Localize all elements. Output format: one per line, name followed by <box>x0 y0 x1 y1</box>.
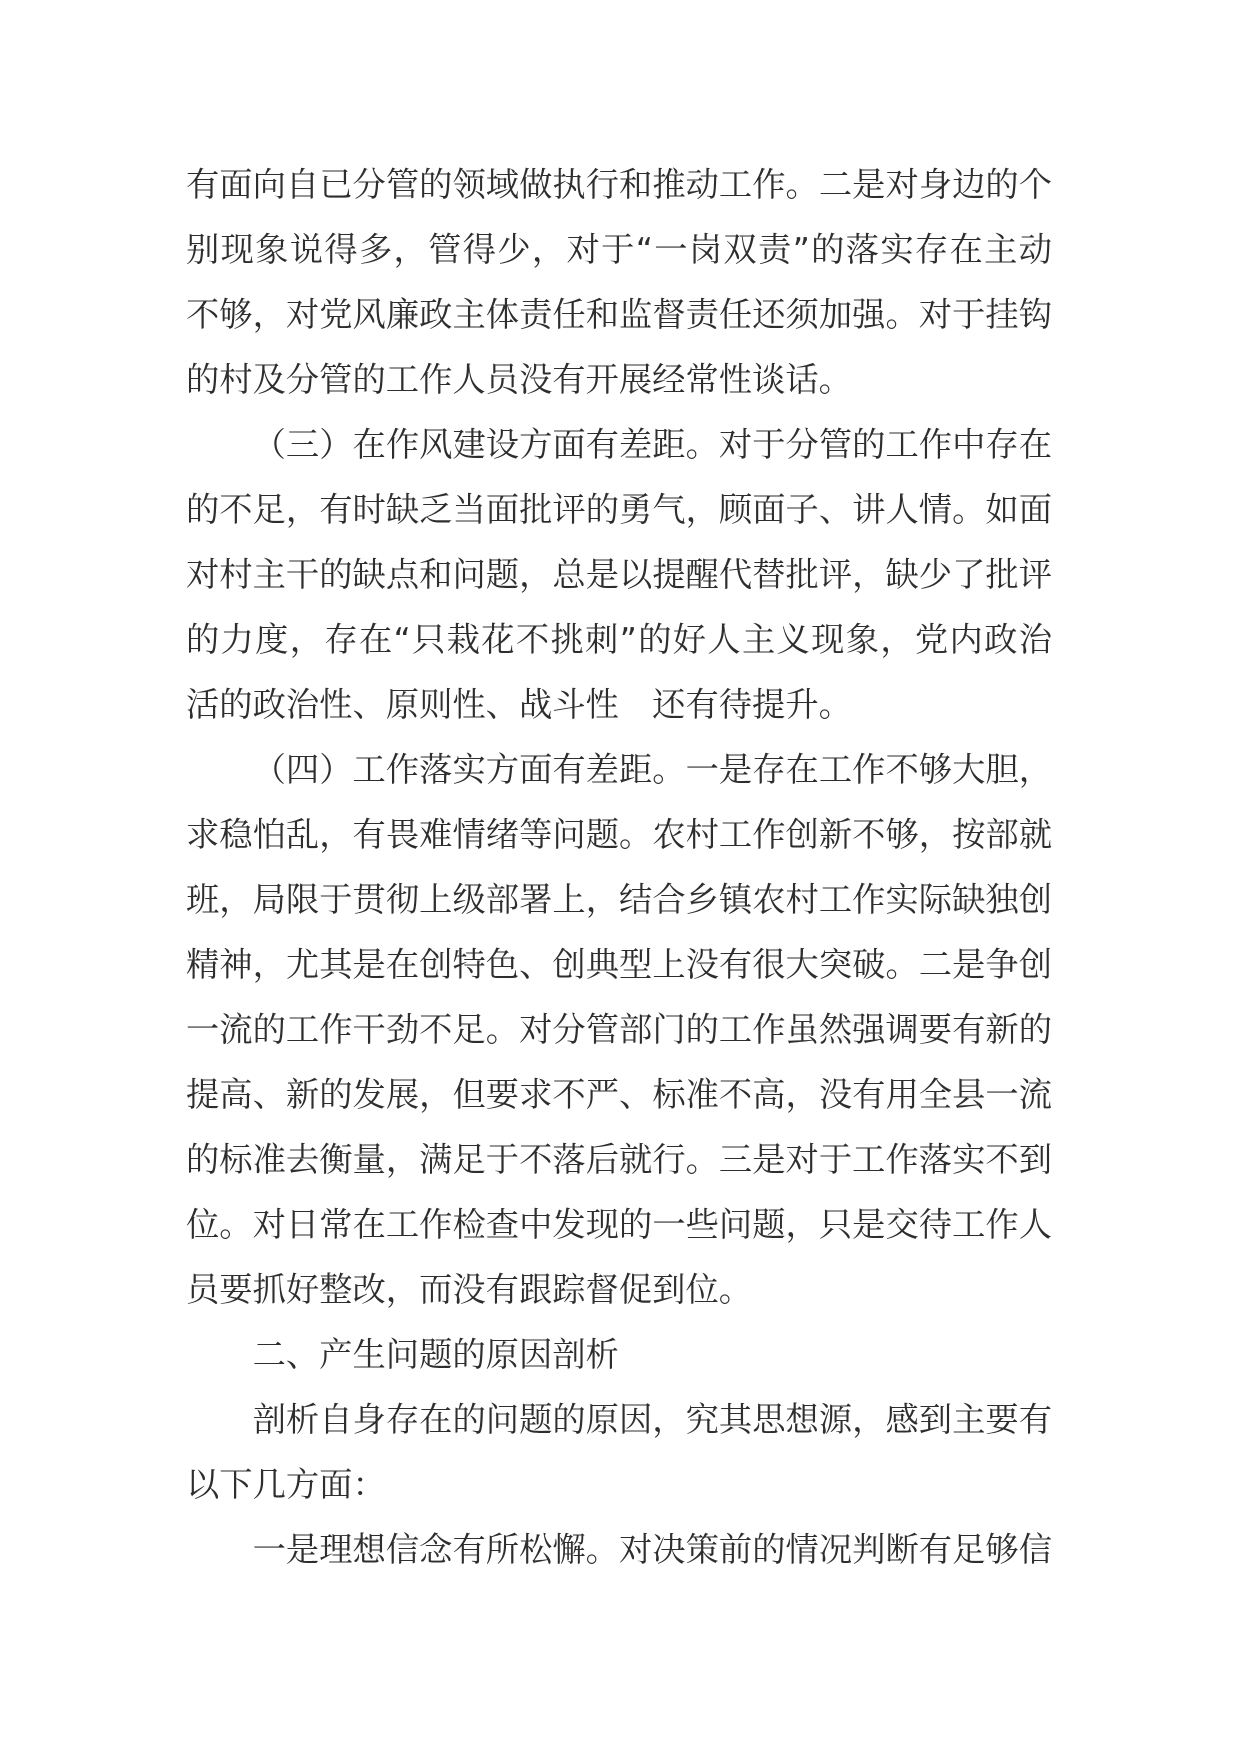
text-line: 二、产生问题的原因剖析 <box>186 1322 1052 1387</box>
text-line: 的不足，有时缺乏当面批评的勇气，顾面子、讲人情。如面 <box>186 477 1052 542</box>
text-line: 有面向自已分管的领域做执行和推动工作。二是对身边的个 <box>186 152 1052 217</box>
text-line: 班，局限于贯彻上级部署上，结合乡镇农村工作实际缺独创 <box>186 867 1052 932</box>
paragraph-cause-1: 一是理想信念有所松懈。对决策前的情况判断有足够信 <box>186 1517 1052 1582</box>
text-line: 提高、新的发展，但要求不严、标准不高，没有用全县一流 <box>186 1062 1052 1127</box>
paragraph-continued-from-previous-page: 有面向自已分管的领域做执行和推动工作。二是对身边的个别现象说得多，管得少，对于“… <box>186 152 1052 412</box>
text-line: 的村及分管的工作人员没有开展经常性谈话。 <box>186 347 1052 412</box>
text-line: 的标准去衡量，满足于不落后就行。三是对于工作落实不到 <box>186 1127 1052 1192</box>
heading-section-2: 二、产生问题的原因剖析 <box>186 1322 1052 1387</box>
text-line: 员要抓好整改，而没有跟踪督促到位。 <box>186 1257 1052 1322</box>
text-line: 以下几方面： <box>186 1452 1052 1517</box>
text-line: 一是理想信念有所松懈。对决策前的情况判断有足够信 <box>186 1517 1052 1582</box>
text-line: 剖析自身存在的问题的原因，究其思想源，感到主要有 <box>186 1387 1052 1452</box>
document-page: 有面向自已分管的领域做执行和推动工作。二是对身边的个别现象说得多，管得少，对于“… <box>0 0 1241 1755</box>
paragraph-item-4: （四）工作落实方面有差距。一是存在工作不够大胆，求稳怕乱，有畏难情绪等问题。农村… <box>186 737 1052 1322</box>
text-line: 活的政治性、原则性、战斗性 还有待提升。 <box>186 672 1052 737</box>
text-line: 求稳怕乱，有畏难情绪等问题。农村工作创新不够，按部就 <box>186 802 1052 867</box>
text-line: 别现象说得多，管得少，对于“一岗双责”的落实存在主动性 <box>186 217 1052 282</box>
text-line: 位。对日常在工作检查中发现的一些问题，只是交待工作人 <box>186 1192 1052 1257</box>
text-line: 精神，尤其是在创特色、创典型上没有很大突破。二是争创 <box>186 932 1052 997</box>
text-line: 不够，对党风廉政主体责任和监督责任还须加强。对于挂钩 <box>186 282 1052 347</box>
text-line: 对村主干的缺点和问题，总是以提醒代替批评，缺少了批评 <box>186 542 1052 607</box>
text-line: 一流的工作干劲不足。对分管部门的工作虽然强调要有新的 <box>186 997 1052 1062</box>
paragraph-item-3: （三）在作风建设方面有差距。对于分管的工作中存在的不足，有时缺乏当面批评的勇气，… <box>186 412 1052 737</box>
paragraph-cause-intro: 剖析自身存在的问题的原因，究其思想源，感到主要有以下几方面： <box>186 1387 1052 1517</box>
text-line: （四）工作落实方面有差距。一是存在工作不够大胆， <box>186 737 1052 802</box>
text-line: （三）在作风建设方面有差距。对于分管的工作中存在 <box>186 412 1052 477</box>
document-text-block: 有面向自已分管的领域做执行和推动工作。二是对身边的个别现象说得多，管得少，对于“… <box>186 152 1052 1582</box>
text-line: 的力度，存在“只栽花不挑刺”的好人主义现象，党内政治生 <box>186 607 1052 672</box>
